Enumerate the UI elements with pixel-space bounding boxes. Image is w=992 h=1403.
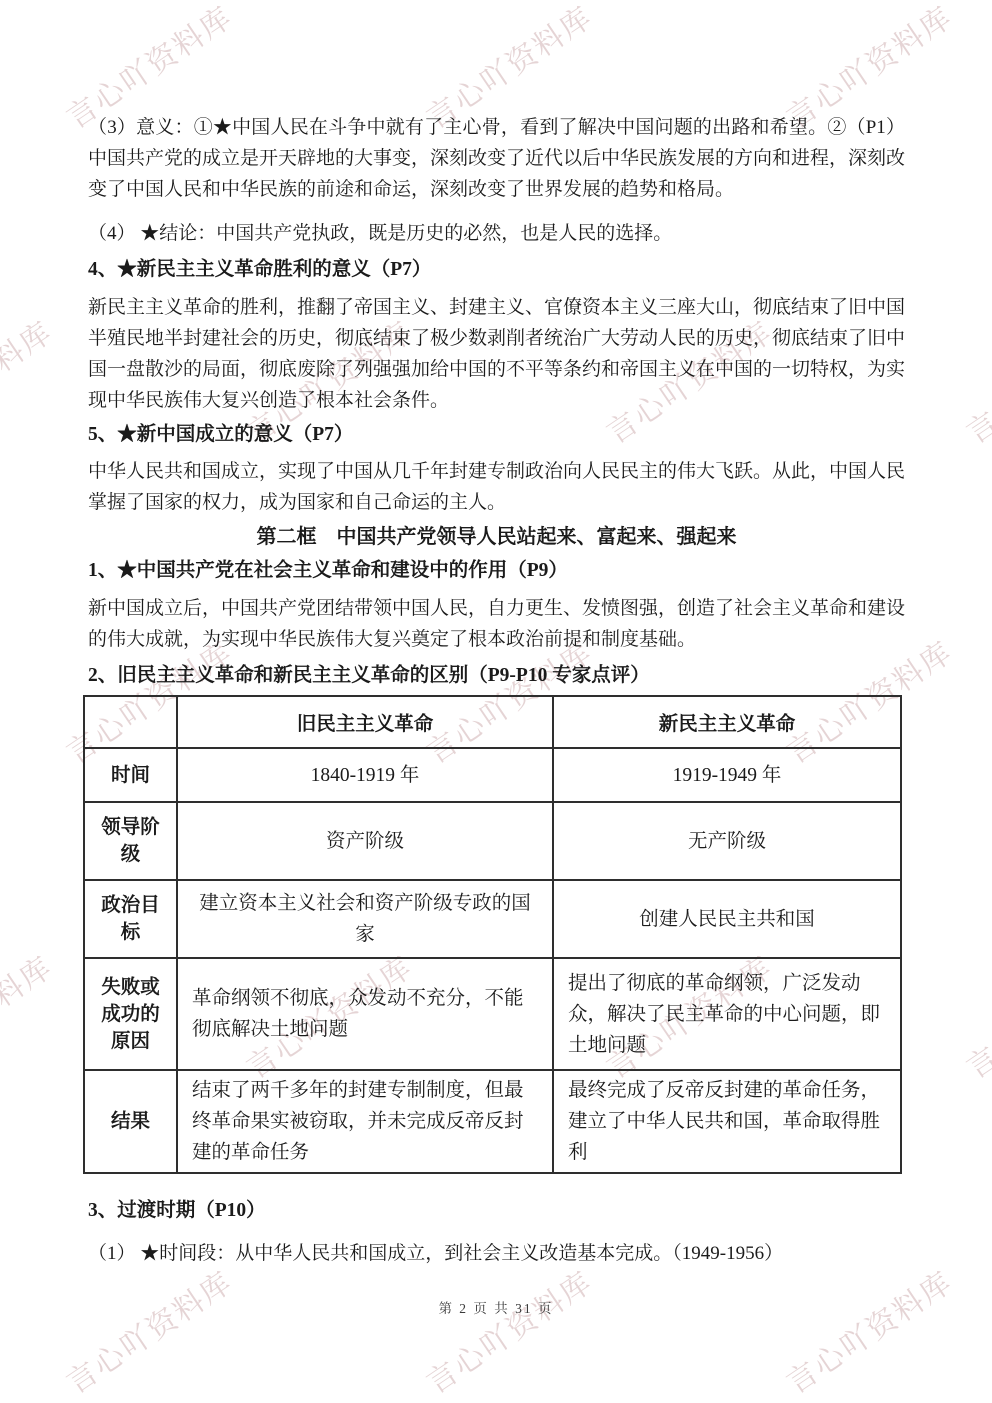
result-new-value: 最终完成了反帝反封建的革命任务，建立了中华人民共和国，革命取得胜利 (553, 1070, 901, 1173)
heading-transition-period: 3、过渡时期（P10） (88, 1198, 905, 1224)
time-old-value: 1840-1919 年 (177, 748, 553, 802)
paragraph-transition-period: （1） ★时间段：从中华人民共和国成立，到社会主义改造基本完成。（1949-19… (88, 1238, 905, 1269)
paragraph-meaning-3: （3）意义：①★中国人民在斗争中就有了主心骨，看到了解决中国问题的出路和希望。②… (88, 112, 905, 205)
time-new-value: 1919-1949 年 (553, 748, 901, 802)
heading-new-democratic-victory: 4、★新民主主义革命胜利的意义（P7） (88, 257, 905, 283)
leading-class-new-value: 无产阶级 (553, 802, 901, 880)
table-row-reason: 失败或成功的原因 革命纲领不彻底，众发动不充分，不能彻底解决土地问题 提出了彻底… (84, 958, 901, 1070)
political-goal-old-value: 建立资本主义社会和资产阶级专政的国家 (177, 880, 553, 958)
heading-revolution-comparison: 2、旧民主主义革命和新民主主义革命的区别（P9-P10 专家点评） (88, 663, 905, 689)
document-page: 言心吖资料库言心吖资料库言心吖资料库言心吖资料库言心吖资料库言心吖资料库言心吖资… (0, 0, 992, 1403)
paragraph-conclusion-4: （4） ★结论：中国共产党执政，既是历史的必然，也是人民的选择。 (88, 218, 905, 249)
table-row-time: 时间 1840-1919 年 1919-1949 年 (84, 748, 901, 802)
table-header-old-democratic: 旧民主主义革命 (177, 696, 553, 748)
row-label-reason: 失败或成功的原因 (84, 958, 177, 1070)
document-content: （3）意义：①★中国人民在斗争中就有了主心骨，看到了解决中国问题的出路和希望。②… (0, 0, 992, 1269)
table-row-leading-class: 领导阶级 资产阶级 无产阶级 (84, 802, 901, 880)
table-row-result: 结果 结束了两千多年的封建专制制度，但最终革命果实被窃取，并未完成反帝反封建的革… (84, 1070, 901, 1173)
watermark-text: 言心吖资料库 (416, 1258, 600, 1402)
leading-class-old-value: 资产阶级 (177, 802, 553, 880)
table-corner-cell (84, 696, 177, 748)
row-label-leading-class: 领导阶级 (84, 802, 177, 880)
heading-new-china-founding: 5、★新中国成立的意义（P7） (88, 422, 905, 448)
paragraph-victory-significance: 新民主主义革命的胜利，推翻了帝国主义、封建主义、官僚资本主义三座大山，彻底结束了… (88, 292, 905, 416)
heading-party-role: 1、★中国共产党在社会主义革命和建设中的作用（P9） (88, 558, 905, 584)
result-old-value: 结束了两千多年的封建专制制度，但最终革命果实被窃取，并未完成反帝反封建的革命任务 (177, 1070, 553, 1173)
table-header-row: 旧民主主义革命 新民主主义革命 (84, 696, 901, 748)
page-footer: 第 2 页 共 31 页 (0, 1297, 992, 1317)
row-label-result: 结果 (84, 1070, 177, 1173)
reason-old-value: 革命纲领不彻底，众发动不充分，不能彻底解决土地问题 (177, 958, 553, 1070)
paragraph-party-role: 新中国成立后，中国共产党团结带领中国人民，自力更生、发愤图强，创造了社会主义革命… (88, 593, 905, 655)
watermark-text: 言心吖资料库 (56, 1258, 240, 1402)
political-goal-new-value: 创建人民民主共和国 (553, 880, 901, 958)
row-label-political-goal: 政治目标 (84, 880, 177, 958)
watermark-text: 言心吖资料库 (776, 1258, 960, 1402)
table-header-new-democratic: 新民主主义革命 (553, 696, 901, 748)
row-label-time: 时间 (84, 748, 177, 802)
table-row-political-goal: 政治目标 建立资本主义社会和资产阶级专政的国家 创建人民民主共和国 (84, 880, 901, 958)
paragraph-prc-founding: 中华人民共和国成立，实现了中国从几千年封建专制政治向人民民主的伟大飞跃。从此，中… (88, 456, 905, 518)
comparison-table: 旧民主主义革命 新民主主义革命 时间 1840-1919 年 1919-1949… (83, 695, 902, 1174)
frame2-title: 第二框 中国共产党领导人民站起来、富起来、强起来 (88, 524, 905, 550)
reason-new-value: 提出了彻底的革命纲领，广泛发动众，解决了民主革命的中心问题，即土地问题 (553, 958, 901, 1070)
